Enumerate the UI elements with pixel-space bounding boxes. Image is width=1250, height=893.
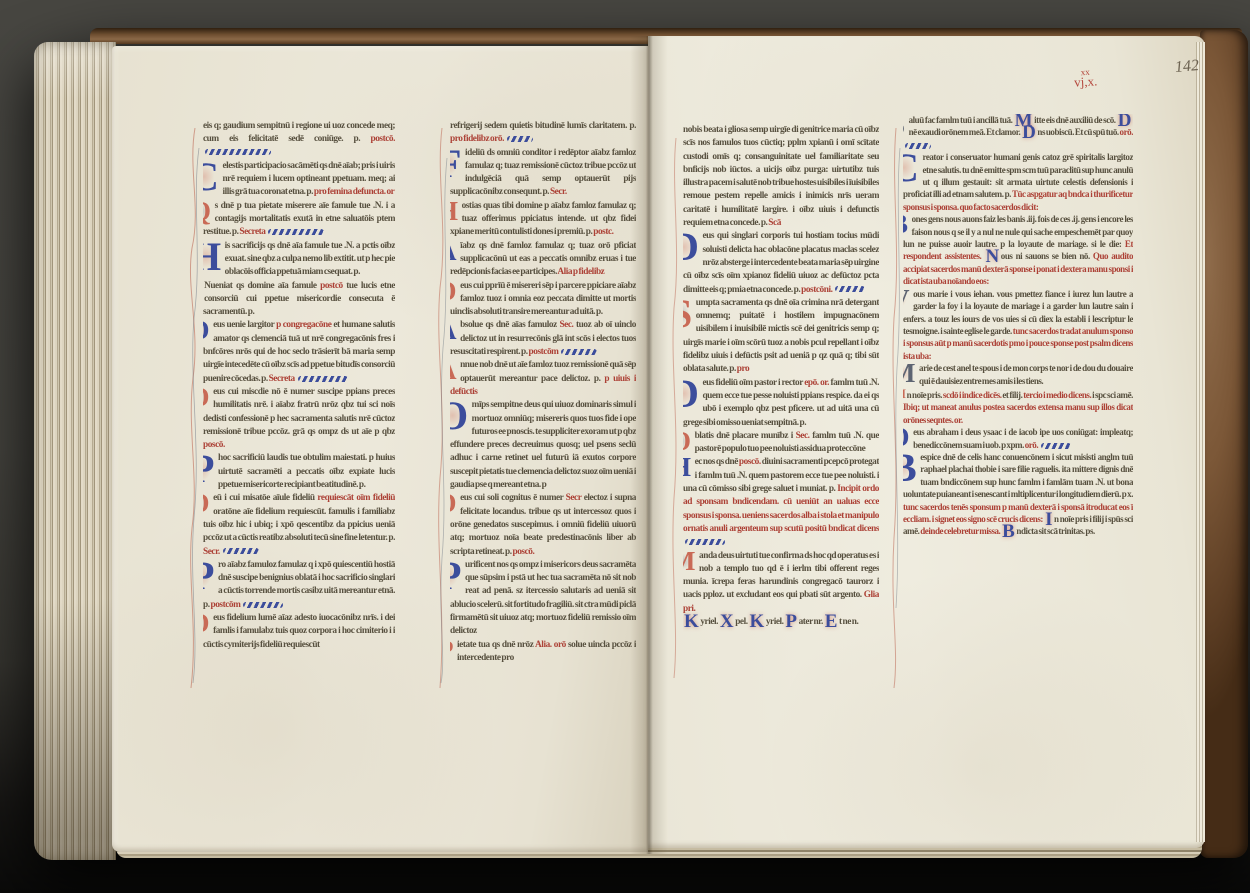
body-text: t ne n. (839, 617, 858, 627)
rubric-text: poscō. (513, 547, 535, 557)
line-filler (561, 349, 597, 355)
text-column-left-2: refrigerij sedem quietis bitudinē lumīs … (450, 120, 636, 712)
text-block: Deus qui singlari corporis tui hostiam t… (683, 230, 879, 296)
text-block: Deus cui soli cognitus ē numer Secr elec… (450, 492, 636, 558)
illuminated-initial: C (203, 161, 218, 192)
text-block: Deus cui miscdie nō ē numer suscipe ppia… (203, 386, 395, 452)
body-text: ones gens nous auons faiz les banis .iij… (903, 214, 1133, 249)
text-block: Saluū fac famlm tuū i ancillā tuā. Mitte… (903, 114, 1133, 151)
inline-initial: E (825, 617, 837, 626)
folio-number: 142 (1174, 57, 1199, 77)
illuminated-initial: O (683, 431, 691, 452)
body-text: nē exaudi orōnem meā. Et clamor. (909, 127, 1022, 137)
line-filler (205, 149, 271, 155)
book-cover-right-board (1200, 30, 1248, 858)
illuminated-initial: D (450, 281, 456, 302)
rubric-text: pro (737, 364, 749, 374)
text-block: Vous marie i vous iehan. vous pmettez fi… (903, 288, 1133, 362)
quire-mark: xx vj,x. (1073, 67, 1097, 88)
text-block: Purificent nos qs ompz i misericors deus… (450, 559, 636, 639)
text-block: Qs dnē p tua pietate miserere aīe famule… (203, 200, 395, 240)
line-filler (835, 286, 865, 292)
inline-initial: X (720, 617, 733, 626)
open-book: eis q; gaudium sempitnū i regione ui uoz… (34, 28, 1248, 862)
body-text: urificent nos qs ompz i misericors deus … (450, 560, 636, 636)
illuminated-initial: A (450, 360, 456, 381)
body-text: anda deus uirtuti tue confirma ds hoc qd… (683, 551, 879, 601)
illuminated-initial: D (683, 378, 698, 409)
text-block: Deus uenie largitor p congregacōne et hu… (203, 319, 395, 385)
body-text: ideliū ds omniū conditor i redēptor aīab… (450, 148, 636, 198)
text-block: Hec nos qs dnē poscō. diuini sacramenti … (683, 456, 879, 549)
text-block: Sumpta sacramenta qs dnē oīa crimina nrā… (683, 297, 879, 377)
illuminated-initial: P (203, 560, 214, 591)
illuminated-initial: C (903, 152, 918, 183)
text-block: eis q; gaudium sempitnū i regione ui uoz… (203, 120, 395, 160)
illuminated-initial: I (903, 386, 906, 401)
body-text: ns uobiscū. Et cū spū tuō. (1037, 127, 1119, 137)
illuminated-initial: S (903, 115, 905, 136)
rubric-text: poscō. (203, 440, 225, 450)
body-text: espice dnē de celis hanc conuencōnem i s… (903, 452, 1133, 499)
inline-initial: B (1002, 527, 1014, 536)
body-text: ater nr. (799, 617, 824, 627)
illuminated-initial: A (450, 241, 456, 262)
rubric-text: orō. (1120, 127, 1133, 137)
text-column-left-1: eis q; gaudium sempitnū i regione ui uoz… (203, 120, 395, 712)
body-text: n noīe pris. (907, 390, 943, 400)
text-block: Pro aīabz famuloz famulaz q i xpō quiesc… (203, 559, 395, 612)
body-text: refrigerij sedem quietis bitudinē lumīs … (450, 121, 636, 131)
illuminated-initial: P (450, 560, 461, 591)
inline-initial: K (749, 617, 763, 626)
body-text: eus cui pprīū ē misereri sēp i parcere p… (450, 281, 636, 318)
illuminated-initial: M (903, 363, 915, 384)
text-block: Bespice dnē de celis hanc conuencōnem i … (903, 451, 1133, 538)
text-block: Absolue qs dnē aīas famuloz Sec. tuoz ab… (450, 319, 636, 359)
text-block: Bones gens nous auons faiz les banis .ii… (903, 213, 1133, 287)
text-block: INueniat qs domine aīa famule postcō tue… (203, 280, 395, 320)
line-filler (298, 376, 348, 382)
text-block: Annue nob dnē ut aīe famloz tuoz remissi… (450, 359, 636, 399)
text-column-right-2: Saluū fac famlm tuū i ancillā tuā. Mitte… (903, 114, 1133, 718)
inline-initial: D (1118, 116, 1131, 125)
text-block: Creator i conseruator humani genis catoz… (903, 151, 1133, 213)
line-filler (685, 539, 725, 545)
inline-initial: P (785, 617, 796, 626)
illuminated-initial: B (903, 214, 908, 235)
body-text: eus qui singlari corporis tui hostiam to… (683, 231, 879, 294)
inline-initial: D (1022, 128, 1035, 137)
inline-initial: N (985, 252, 998, 261)
inline-initial: K (684, 617, 698, 626)
illuminated-initial: D (203, 320, 209, 341)
illuminated-initial: D (203, 493, 209, 514)
text-block: Pietate tua qs dnē nrōz Alia. orō solue … (450, 639, 636, 666)
rubric-text: tercio i medio dicens. (1023, 390, 1092, 400)
rubric-text: postcō (320, 281, 346, 291)
text-block: refrigerij sedem quietis bitudinē lumīs … (450, 120, 636, 147)
body-text: eū i cui misatōe aīule fideliū (213, 493, 317, 503)
body-text: nobis beata i gliosa semp uirgīe di geni… (683, 125, 879, 228)
body-text: eus uenie largitor (213, 320, 276, 330)
rubric-text: Secr (566, 493, 584, 503)
rubric-text: Sec. (559, 320, 576, 330)
body-text: arie de cest anel te spous i de mon corp… (919, 363, 1133, 385)
rubric-text: postcōm (210, 600, 241, 610)
body-text: eus cui soli cognitus ē numer (460, 493, 566, 503)
illuminated-initial: D (450, 493, 456, 514)
illuminated-initial: F (450, 148, 461, 179)
rubric-text: pro femina defuncta. or (314, 187, 394, 197)
illuminated-initial: V (903, 289, 909, 310)
text-block: Marie de cest anel te spous i de mon cor… (903, 362, 1133, 387)
text-block: Deus cui pprīū ē misereri sēp i parcere … (450, 280, 636, 320)
text-block: Oblatis dnē placare munībz i Sec. famlm … (683, 430, 879, 457)
body-text: eus abraham i deus ysaac i de iacob ipe … (913, 427, 1133, 449)
body-text: ous ni sauons se bien nō. (1001, 251, 1093, 261)
body-text: ndicta sit scā trinitas. ps. (1016, 526, 1094, 536)
body-text: et filij. (1002, 390, 1023, 400)
line-filler (1041, 443, 1071, 449)
line-filler (223, 548, 259, 554)
line-filler (507, 136, 533, 142)
rubric-text: Secr. (203, 547, 221, 557)
body-text: eus fideliū oīm pastor i rector (702, 378, 804, 388)
body-text: mīps sempitne deus qui uiuoz dominaris s… (450, 400, 636, 490)
body-text: ietate tua qs dnē nrōz (457, 640, 535, 650)
quire-mark-main: vj,x. (1074, 75, 1098, 88)
rubric-text: scdō i indice dicēs. (943, 390, 1002, 400)
rubric-text: orō. (1025, 440, 1039, 450)
illuminated-initial: B (903, 452, 916, 483)
rubric-text: poscō. (739, 457, 762, 467)
illuminated-initial: H (450, 201, 458, 222)
rubric-text: Scā (768, 218, 781, 228)
illuminated-initial: Q (203, 201, 211, 222)
body-text: aluū fac famlm tuū i ancillā tuā. (909, 115, 1014, 125)
body-text: hoc sacrificiū laudis tue obtulim maiest… (218, 453, 395, 490)
illuminated-initial: P (203, 453, 214, 484)
text-block: Aīabz qs dnē famloz famulaz q; tuaz orō … (450, 240, 636, 280)
text-block: Omīps sempitne deus qui uiuoz dominaris … (450, 399, 636, 492)
body-text: itte eis dnē auxiliū de scō. (1034, 115, 1117, 125)
inline-initial: I (1045, 515, 1052, 524)
line-filler (905, 143, 931, 149)
illuminated-initial: D (203, 613, 209, 634)
body-text: eus fidelium lumē aīaz adesto iuocacōnib… (203, 613, 395, 650)
manuscript-photo: eis q; gaudium sempitnū i regione ui uoz… (0, 0, 1250, 893)
body-text: eus cui miscdie nō ē numer suscipe ppian… (203, 387, 395, 437)
rubric-text: deinde celebretur missa. (920, 526, 1001, 536)
body-text: umpta sacramenta qs dnē oīa crimina nrā … (683, 298, 879, 374)
rubric-text: pro fidelibz orō. (450, 134, 505, 144)
rubric-text: Secreta (239, 227, 266, 237)
rubric-text: Ibiq; ut maneat anulus postea sacerdos e… (903, 402, 1133, 424)
rubric-text: epō. or. (804, 378, 830, 388)
illuminated-initial: O (450, 400, 468, 431)
illuminated-initial: H (203, 241, 221, 272)
text-block: His sacrificijs qs dnē aīa famule tue .N… (203, 240, 395, 280)
rubric-text: Secr. (550, 187, 567, 197)
line-filler (243, 602, 283, 608)
text-block: Hostias quas tibi domine p aīabz famloz … (450, 200, 636, 240)
rubric-text: postcōni. (801, 285, 833, 295)
text-block: Phoc sacrificiū laudis tue obtulim maies… (203, 452, 395, 492)
body-text: yriel. (700, 617, 719, 627)
rubric-text: Alia. orō (535, 640, 568, 650)
body-text: Nueniat qs domine aīa famule (204, 281, 320, 291)
text-block: Deus fideliū oīm pastor i rector epō. or… (683, 377, 879, 430)
body-text: bsolue qs dnē aīas famuloz (460, 320, 559, 330)
page-stack-fore-edge (34, 42, 116, 860)
rubric-text: requiescāt oīm fideliū (317, 493, 395, 503)
text-block: Deus fidelium lumē aīaz adesto iuocacōni… (203, 612, 395, 652)
rubric-text: p congregacōne (276, 320, 333, 330)
body-text: īabz qs dnē famloz famulaz q; tuaz orō p… (450, 241, 636, 278)
line-filler (268, 229, 324, 235)
illuminated-initial: M (683, 551, 695, 572)
illuminated-initial: D (203, 387, 209, 408)
text-column-right-1: nobis beata i gliosa semp uirgīe di geni… (683, 124, 879, 714)
body-text: blatis dnē placare munībz i (695, 431, 796, 441)
text-block: Kyriel. Xpel. Kyriel. Pater nr. Et ne n. (683, 616, 879, 629)
body-text: pel. (735, 617, 748, 627)
text-block: nobis beata i gliosa semp uirgīe di geni… (683, 124, 879, 230)
illuminated-initial: H (683, 457, 691, 478)
text-block: Deū i cui misatōe aīule fideliū requiesc… (203, 492, 395, 558)
rubric-text: Secreta (269, 374, 296, 384)
body-text: oratōne aīe fidelium requiescūt. famulis… (203, 507, 395, 544)
body-text: ec nos qs dnē (695, 457, 739, 467)
body-text: i spc sci amē. (1092, 390, 1133, 400)
text-block: Celestis participacio sacāmēti qs dnē aī… (203, 160, 395, 200)
body-text: yriel. (766, 617, 785, 627)
rubric-text: Sec. (796, 431, 813, 441)
illuminated-initial: P (450, 640, 453, 661)
rubric-text: postc. (593, 227, 613, 237)
rubric-text: postcōm (529, 347, 560, 357)
body-text: is sacrificijs qs dnē aīa famule tue .N.… (225, 241, 395, 278)
body-text: eis q; gaudium sempitnū i regione ui uoz… (203, 121, 395, 144)
illuminated-initial: S (683, 298, 692, 329)
illuminated-initial: D (683, 231, 698, 262)
rubric-text: postcō. (371, 134, 395, 144)
illuminated-initial: A (450, 320, 456, 341)
text-block: In noīe pris. scdō i indice dicēs. et fi… (903, 387, 1133, 426)
text-block: Fideliū ds omniū conditor i redēptor aīa… (450, 147, 636, 200)
text-block: Deus abraham i deus ysaac i de iacob ipe… (903, 426, 1133, 451)
text-block: Manda deus uirtuti tue confirma ds hoc q… (683, 550, 879, 616)
rubric-text: Alia p fidelibz (557, 267, 604, 277)
